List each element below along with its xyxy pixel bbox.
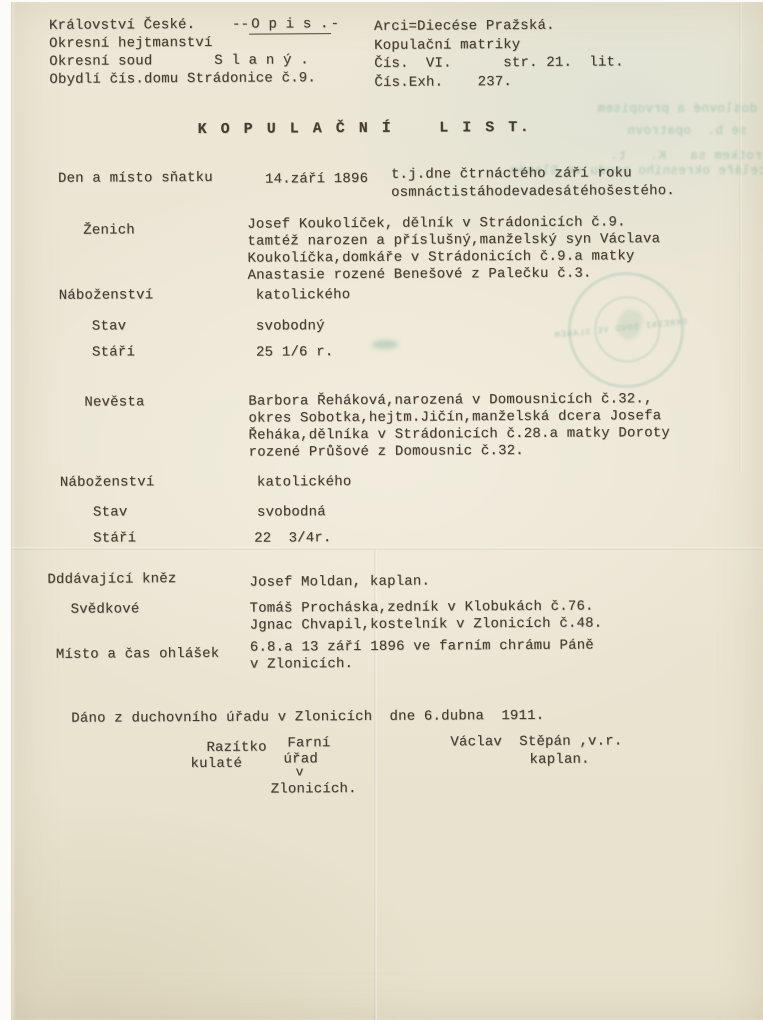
opis-dash-right: -: [331, 16, 340, 32]
opis-line: --O p i s .-: [232, 16, 339, 34]
field-wedding-note: t.j.dne čtrnáctého září roku osmnáctistá…: [391, 164, 675, 202]
field-wedding-value: 14.září 1896: [265, 171, 368, 189]
field-bride-religion-value: katolického: [257, 474, 352, 492]
typewritten-content: Království České. Okresní hejtmanství Ok…: [12, 0, 763, 1020]
signature-name: Václav Stěpán ,v.r.: [450, 733, 622, 751]
field-bride-status-label: Stav: [93, 504, 128, 521]
field-groom-label: Ženich: [83, 222, 135, 239]
stamp-note-zlonicich: Zlonicích.: [271, 781, 357, 799]
issued-line: Dáno z duchovního úřadu v Zlonicích dne …: [71, 708, 544, 728]
field-witnesses-label: Svědkové: [71, 601, 140, 618]
field-groom-text: Josef Koukolíček, dělník v Strádonicích …: [247, 214, 660, 285]
field-witnesses-text: Tomáš Procháska,zedník v Klobukách č.76.…: [250, 599, 603, 635]
field-groom-age-value: 25 1/6 r.: [256, 344, 334, 361]
stamp-note-kulate: kulaté: [190, 756, 242, 773]
field-priest-value: Josef Moldan, kaplan.: [249, 574, 430, 592]
paper-sheet: zaslání doslovné a prvopisem se b. opatr…: [11, 2, 763, 1020]
town-slany: S l a n ý .: [214, 52, 309, 70]
opis-label: O p i s .: [249, 16, 331, 34]
field-bride-religion-label: Náboženství: [60, 474, 155, 492]
field-bride-text: Barbora Řeháková,narozená v Domousnicích…: [248, 391, 670, 462]
scanned-document: zaslání doslovné a prvopisem se b. opatr…: [0, 0, 763, 1020]
field-groom-religion-value: katolického: [256, 287, 351, 305]
field-bride-status-value: svobodná: [257, 504, 326, 521]
signature-role: kaplan.: [529, 752, 589, 769]
field-groom-status-label: Stav: [92, 318, 127, 335]
field-priest-label: Dddávající kněz: [47, 571, 176, 589]
field-wedding-label: Den a místo sňatku: [58, 170, 213, 188]
stamp-note-razitko: Razítko: [206, 740, 266, 757]
document-title: K O P U L A Č N Í L I S T.: [198, 119, 532, 138]
field-groom-age-label: Stáří: [92, 344, 135, 361]
header-right-lines: Arci=Diecése Pražská. Kopulační matriky …: [374, 16, 624, 92]
field-groom-status-value: svobodný: [256, 318, 325, 335]
paper-edge-tear: [0, 950, 10, 1020]
stamp-note-farni: Farní: [287, 735, 330, 752]
stamp-note-v: v: [296, 763, 304, 780]
opis-dash-left: --: [232, 17, 249, 33]
field-groom-religion-label: Náboženství: [59, 287, 154, 305]
field-banns-label: Místo a čas ohlášek: [56, 646, 220, 664]
field-bride-age-label: Stáří: [93, 530, 136, 547]
field-banns-text: 6.8.a 13 září 1896 ve farním chrámu Páně…: [250, 638, 594, 673]
field-bride-label: Nevěsta: [84, 394, 144, 411]
field-bride-age-value: 22 3/4r.: [254, 530, 332, 547]
